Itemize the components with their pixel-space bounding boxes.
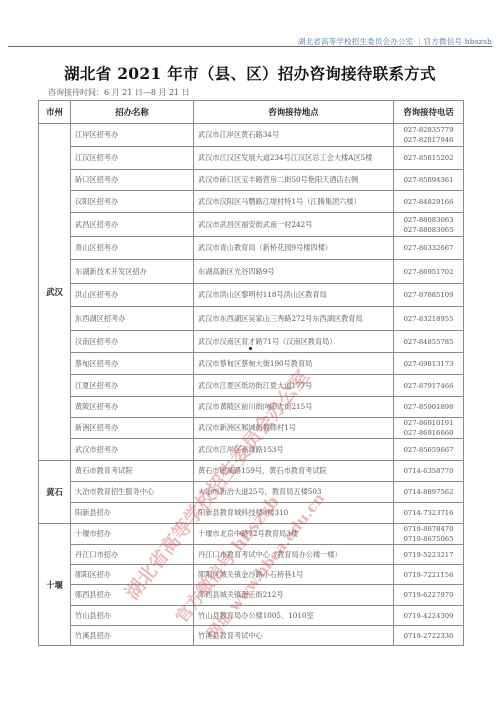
- stray-dot: [249, 347, 252, 350]
- table-row: 武昌区招考办武汉市武昌区福安街武南一村242号027-88083063027-8…: [39, 213, 464, 237]
- address-cell: 竹溪县教育考试中心: [194, 626, 394, 646]
- phone-cell: 0714-6358770: [394, 461, 464, 482]
- table-row: 汉阳区招考办武汉市汉阳区马鹦路江堤村特1号（江腾集团六楼）027-8482916…: [39, 191, 464, 213]
- address-cell: 武汉市江岸区黄石路34号: [194, 124, 394, 147]
- address-cell: 武汉市江汉区发展大道234号江汉区总工会大楼A区5楼: [194, 147, 394, 170]
- office-name-cell: 郧阳区招办: [71, 565, 194, 585]
- phone-number: 027-84829166: [396, 197, 461, 207]
- document-title: 湖北省 2021 年市（县、区）招办咨询接待联系方式: [0, 62, 500, 84]
- phone-number: 027-86910191: [396, 418, 461, 428]
- phone-cell: 027-86951702: [394, 260, 464, 284]
- phone-number: 027-87885109: [396, 290, 461, 300]
- address-cell: 竹山县教育局办公楼1005、1010室: [194, 606, 394, 626]
- table-header-row: 市州 招办名称 咨询接待地点 咨询接待电话: [39, 101, 464, 124]
- phone-number: 027-85894361: [396, 175, 461, 185]
- address-cell: 东湖高新区光谷四路9号: [194, 260, 394, 284]
- office-name-cell: 竹溪县招办: [71, 626, 194, 646]
- table-row: 东西湖区招考办武汉市东西湖区吴家山三秀路272号东西湖区教育局027-83218…: [39, 307, 464, 331]
- consult-period: 咨询接待时间：6 月 21 日—8 月 21 日: [48, 87, 190, 98]
- phone-cell: 027-85815202: [394, 147, 464, 170]
- phone-cell: 0719-6227970: [394, 585, 464, 606]
- office-name-cell: 东西湖区招考办: [71, 307, 194, 331]
- office-name-cell: 十堰市招办: [71, 524, 194, 545]
- table-row: 阳新县招办阳新县教育城科技楼3楼3100714-7323716: [39, 503, 464, 524]
- table-row: 洪山区招考办武汉市洪山区黎明村118号洪山区教育局027-87885109: [39, 284, 464, 307]
- address-cell: 大冶市新冶大道25号，教育局五楼503: [194, 482, 394, 503]
- address-cell: 武汉市武昌区福安街武南一村242号: [194, 213, 394, 237]
- city-cell: 黄石: [39, 461, 71, 524]
- phone-number: 027-83218955: [396, 314, 461, 324]
- office-name-cell: 蔡甸区招考办: [71, 353, 194, 375]
- table-row: 黄石黄石市教育考试院黄石市磁湖路159号，黄石市教育考试院0714-635877…: [39, 461, 464, 482]
- phone-cell: 027-83218955: [394, 307, 464, 331]
- phone-cell: 0714-8897562: [394, 482, 464, 503]
- phone-number: 027-82835779: [396, 125, 461, 135]
- phone-number: 0714-8897562: [396, 487, 461, 497]
- phone-number: 0719-8678470: [396, 524, 461, 534]
- phone-number: 027-85815202: [396, 153, 461, 163]
- phone-number: 027-87917466: [396, 381, 461, 391]
- phone-number: 0719-5223217: [396, 550, 461, 560]
- phone-cell: 027-85901898: [394, 397, 464, 418]
- phone-number: 0719-7221156: [396, 570, 461, 580]
- office-name-cell: 黄石市教育考试院: [71, 461, 194, 482]
- address-cell: 十堰市北京中路72号教育局3楼: [194, 524, 394, 545]
- phone-cell: 0719-7221156: [394, 565, 464, 585]
- office-name-cell: 硚口区招考办: [71, 170, 194, 191]
- office-name-cell: 武昌区招考办: [71, 213, 194, 237]
- office-name-cell: 丹江口市招办: [71, 545, 194, 565]
- office-name-cell: 东湖新技术开发区招办: [71, 260, 194, 284]
- office-name-cell: 青山区招考办: [71, 237, 194, 260]
- column-header-office-name: 招办名称: [71, 101, 194, 124]
- table-row: 硚口区招考办武汉市硚口区宝丰路营房二街50号艳阳天酒店右侧027-8589436…: [39, 170, 464, 191]
- office-name-cell: 新洲区招考办: [71, 418, 194, 439]
- phone-cell: 0719-5223217: [394, 545, 464, 565]
- contact-table: 市州 招办名称 咨询接待地点 咨询接待电话 武汉江岸区招考办武汉市江岸区黄石路3…: [38, 100, 464, 646]
- office-name-cell: 洪山区招考办: [71, 284, 194, 307]
- table-row: 黄陂区招考办武汉市黄陂区前川街向阳大街215号027-85901898: [39, 397, 464, 418]
- phone-cell: 027-84855785: [394, 331, 464, 353]
- office-name-cell: 竹山县招办: [71, 606, 194, 626]
- phone-cell: 027-86332667: [394, 237, 464, 260]
- address-cell: 武汉市黄陂区前川街向阳大街215号: [194, 397, 394, 418]
- phone-number: 0719-6227970: [396, 590, 461, 600]
- phone-cell: 027-82835779027-82817946: [394, 124, 464, 147]
- column-header-address: 咨询接待地点: [194, 101, 394, 124]
- phone-number: 027-85659667: [396, 445, 461, 455]
- table-row: 大冶市教育招生服务中心大冶市新冶大道25号，教育局五楼5030714-88975…: [39, 482, 464, 503]
- phone-number: 0714-7323716: [396, 508, 461, 518]
- phone-number: 027-86951702: [396, 267, 461, 277]
- phone-number: 0719-2722330: [396, 631, 461, 641]
- table-row: 新洲区招考办武汉市新洲区邾城街教师村1号027-86910191027-8691…: [39, 418, 464, 439]
- address-cell: 黄石市磁湖路159号，黄石市教育考试院: [194, 461, 394, 482]
- phone-number: 027-88083065: [396, 225, 461, 235]
- phone-cell: 027-88083063027-88083065: [394, 213, 464, 237]
- header-divider: [8, 46, 492, 47]
- address-cell: 郧西县城关镇南正街212号: [194, 585, 394, 606]
- column-header-city: 市州: [39, 101, 71, 124]
- office-name-cell: 黄陂区招考办: [71, 397, 194, 418]
- address-cell: 武汉市洪山区黎明村118号洪山区教育局: [194, 284, 394, 307]
- office-name-cell: 武汉市招考办: [71, 439, 194, 461]
- phone-number: 0719-8675065: [396, 534, 461, 544]
- office-name-cell: 江岸区招考办: [71, 124, 194, 147]
- table-row: 郧西县招办郧西县城关镇南正街212号0719-6227970: [39, 585, 464, 606]
- office-name-cell: 汉南区招考办: [71, 331, 194, 353]
- phone-cell: 0714-7323716: [394, 503, 464, 524]
- table-row: 武汉江岸区招考办武汉市江岸区黄石路34号027-82835779027-8281…: [39, 124, 464, 147]
- phone-number: 027-82817946: [396, 135, 461, 145]
- table-row: 十堰十堰市招办十堰市北京中路72号教育局3楼0719-86784700719-8…: [39, 524, 464, 545]
- table-row: 青山区招考办武汉市青山教育局（新桥花园9号楼四楼）027-86332667: [39, 237, 464, 260]
- address-cell: 武汉市汉南区育才路71号（汉南区教育局）: [194, 331, 394, 353]
- phone-number: 027-86916660: [396, 428, 461, 438]
- office-name-cell: 江汉区招考办: [71, 147, 194, 170]
- phone-number: 0714-6358770: [396, 466, 461, 476]
- phone-number: 027-69813173: [396, 359, 461, 369]
- office-name-cell: 汉阳区招考办: [71, 191, 194, 213]
- phone-number: 027-85901898: [396, 402, 461, 412]
- table-row: 竹山县招办竹山县教育局办公楼1005、1010室0719-4224309: [39, 606, 464, 626]
- table-row: 江夏区招考办武汉市江夏区纸坊街江夏大道177号027-87917466: [39, 375, 464, 397]
- address-cell: 武汉市江岸区高雄路153号: [194, 439, 394, 461]
- table-body: 武汉江岸区招考办武汉市江岸区黄石路34号027-82835779027-8281…: [39, 124, 464, 646]
- address-cell: 武汉市汉阳区马鹦路江堤村特1号（江腾集团六楼）: [194, 191, 394, 213]
- phone-cell: 027-84829166: [394, 191, 464, 213]
- phone-cell: 0719-86784700719-8675065: [394, 524, 464, 545]
- address-cell: 阳新县教育城科技楼3楼310: [194, 503, 394, 524]
- address-cell: 武汉市青山教育局（新桥花园9号楼四楼）: [194, 237, 394, 260]
- top-header-bar: 湖北省高等学校招生委员会办公室 ｜官方微信号 hbszsb: [0, 40, 500, 48]
- table-row: 竹溪县招办竹溪县教育考试中心0719-2722330: [39, 626, 464, 646]
- address-cell: 丹江口市教育考试中心（教育局办公楼一楼）: [194, 545, 394, 565]
- phone-cell: 027-85659667: [394, 439, 464, 461]
- table-row: 东湖新技术开发区招办东湖高新区光谷四路9号027-86951702: [39, 260, 464, 284]
- phone-cell: 0719-2722330: [394, 626, 464, 646]
- phone-cell: 027-86910191027-86916660: [394, 418, 464, 439]
- phone-number: 027-84855785: [396, 337, 461, 347]
- table-row: 蔡甸区招考办武汉市蔡甸区蔡甸大街190号教育局027-69813173: [39, 353, 464, 375]
- table-row: 武汉市招考办武汉市江岸区高雄路153号027-85659667: [39, 439, 464, 461]
- phone-cell: 027-85894361: [394, 170, 464, 191]
- phone-number: 027-86332667: [396, 243, 461, 253]
- column-header-phone: 咨询接待电话: [394, 101, 464, 124]
- address-cell: 武汉市硚口区宝丰路营房二街50号艳阳天酒店右侧: [194, 170, 394, 191]
- office-name-cell: 阳新县招办: [71, 503, 194, 524]
- office-name-cell: 郧西县招办: [71, 585, 194, 606]
- address-cell: 武汉市江夏区纸坊街江夏大道177号: [194, 375, 394, 397]
- address-cell: 武汉市东西湖区吴家山三秀路272号东西湖区教育局: [194, 307, 394, 331]
- phone-cell: 0719-4224309: [394, 606, 464, 626]
- phone-number: 0719-4224309: [396, 611, 461, 621]
- city-cell: 武汉: [39, 124, 71, 461]
- address-cell: 武汉市新洲区邾城街教师村1号: [194, 418, 394, 439]
- phone-cell: 027-87885109: [394, 284, 464, 307]
- address-cell: 郧阳区城关镇金沙路小石桥巷1号: [194, 565, 394, 585]
- table-row: 郧阳区招办郧阳区城关镇金沙路小石桥巷1号0719-7221156: [39, 565, 464, 585]
- office-name-cell: 大冶市教育招生服务中心: [71, 482, 194, 503]
- city-cell: 十堰: [39, 524, 71, 646]
- table-row: 江汉区招考办武汉市江汉区发展大道234号江汉区总工会大楼A区5楼027-8581…: [39, 147, 464, 170]
- phone-number: 027-88083063: [396, 215, 461, 225]
- address-cell: 武汉市蔡甸区蔡甸大街190号教育局: [194, 353, 394, 375]
- table-row: 丹江口市招办丹江口市教育考试中心（教育局办公楼一楼）0719-5223217: [39, 545, 464, 565]
- phone-cell: 027-87917466: [394, 375, 464, 397]
- office-name-cell: 江夏区招考办: [71, 375, 194, 397]
- phone-cell: 027-69813173: [394, 353, 464, 375]
